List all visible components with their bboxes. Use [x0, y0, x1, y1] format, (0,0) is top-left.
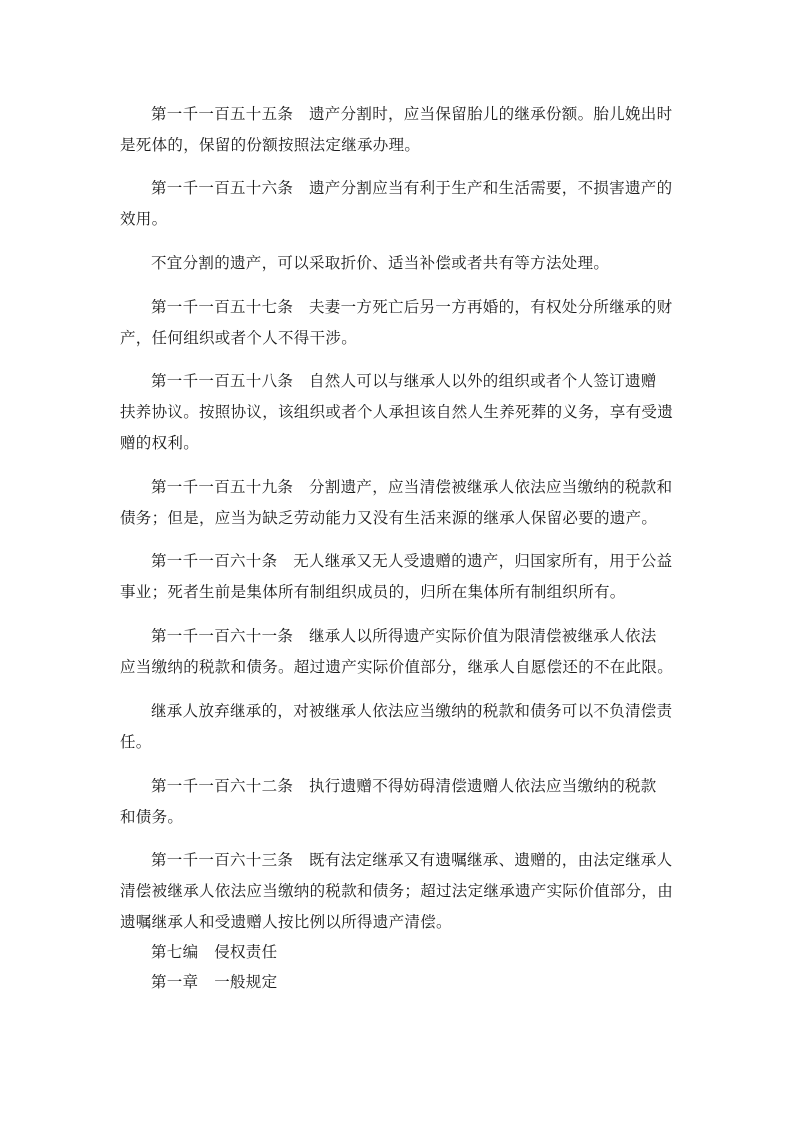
- part-heading: 第七编 侵权责任: [151, 942, 277, 962]
- article-1155-line-2: 是死体的，保留的份额按照法定继承办理。: [120, 135, 420, 155]
- article-1159-line-2: 债务；但是，应当为缺乏劳动能力又没有生活来源的继承人保留必要的遗产。: [120, 508, 657, 528]
- article-1159-line-1: 第一千一百五十九条 分割遗产，应当清偿被继承人依法应当缴纳的税款和: [151, 477, 672, 497]
- article-1163-line-2: 清偿被继承人依法应当缴纳的税款和债务；超过法定继承遗产实际价值部分，由: [120, 881, 673, 901]
- article-1162-line-2: 和债务。: [120, 807, 183, 827]
- article-1156-line-1: 第一千一百五十六条 遗产分割应当有利于生产和生活需要，不损害遗产的: [151, 178, 672, 198]
- article-1155-line-1: 第一千一百五十五条 遗产分割时，应当保留胎儿的继承份额。胎儿娩出时: [151, 104, 672, 124]
- article-1157-line-2: 产，任何组织或者个人不得干涉。: [120, 328, 357, 348]
- article-1160-line-1: 第一千一百六十条 无人继承又无人受遗赠的遗产，归国家所有，用于公益: [151, 551, 672, 571]
- article-1158-line-3: 赠的权利。: [120, 433, 199, 453]
- article-1161-para-2-line-2: 任。: [120, 732, 152, 752]
- article-1158-line-2: 扶养协议。按照协议，该组织或者个人承担该自然人生养死葬的义务，享有受遗: [120, 402, 673, 422]
- article-1160-line-2: 事业；死者生前是集体所有制组织成员的，归所在集体所有制组织所有。: [120, 582, 626, 602]
- article-1161-para-2-line-1: 继承人放弃继承的，对被继承人依法应当缴纳的税款和债务可以不负清偿责: [151, 701, 672, 721]
- article-1162-line-1: 第一千一百六十二条 执行遗赠不得妨碍清偿遗赠人依法应当缴纳的税款: [151, 776, 657, 796]
- article-1157-line-1: 第一千一百五十七条 夫妻一方死亡后另一方再婚的，有权处分所继承的财: [151, 297, 672, 317]
- article-1161-line-2: 应当缴纳的税款和债务。超过遗产实际价值部分，继承人自愿偿还的不在此限。: [120, 657, 673, 677]
- chapter-heading: 第一章 一般规定: [151, 972, 277, 992]
- article-1163-line-1: 第一千一百六十三条 既有法定继承又有遗嘱继承、遗赠的，由法定继承人: [151, 850, 672, 870]
- document-page: 第一千一百五十五条 遗产分割时，应当保留胎儿的继承份额。胎儿娩出时 是死体的，保…: [0, 0, 793, 1122]
- article-1156-line-2: 效用。: [120, 209, 167, 229]
- article-1158-line-1: 第一千一百五十八条 自然人可以与继承人以外的组织或者个人签订遗赠: [151, 371, 657, 391]
- article-1156-para-2: 不宜分割的遗产，可以采取折价、适当补偿或者共有等方法处理。: [151, 253, 609, 273]
- article-1161-line-1: 第一千一百六十一条 继承人以所得遗产实际价值为限清偿被继承人依法: [151, 626, 657, 646]
- article-1163-line-3: 遗嘱继承人和受遗赠人按比例以所得遗产清偿。: [120, 912, 452, 932]
